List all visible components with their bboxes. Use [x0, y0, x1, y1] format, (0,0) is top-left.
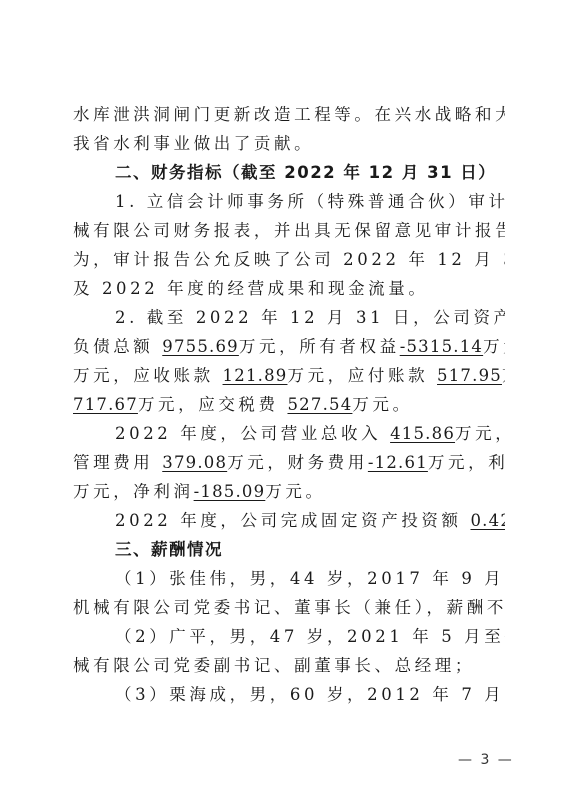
- text-segment: 2022 年度，公司完成固定资产投资额: [115, 511, 470, 530]
- section-heading-financial-indicators: 二、财务指标（截至 2022 年 12 月 31 日）: [73, 158, 505, 187]
- text-segment: 万元，存货: [483, 337, 505, 356]
- text-segment: 万元，净利润: [73, 482, 194, 501]
- accounts-payable-value: 517.95: [437, 366, 502, 385]
- text-segment: 万元，销售费用: [455, 424, 505, 443]
- person-1-line-2: 机械有限公司党委书记、董事长（兼任），薪酬不在本企业发放；: [73, 593, 505, 622]
- document-page: 水库泄洪洞闸门更新改造工程等。在兴水战略和大水网建设中为 我省水利事业做出了贡献…: [73, 100, 505, 709]
- text-segment: 负债总额: [73, 337, 162, 356]
- person-1-line-1: （1）张佳伟，男，44 岁，2017 年 9 月至今担任山西省水工: [73, 564, 505, 593]
- audit-para-line-2: 械有限公司财务报表，并出具无保留意见审计报告。审计公司认: [73, 216, 505, 245]
- text-segment: 管理费用: [73, 453, 162, 472]
- total-revenue-value: 415.86: [390, 424, 455, 443]
- audit-para-line-4: 及 2022 年度的经营成果和现金流量。: [73, 274, 505, 303]
- net-profit-value: -185.09: [194, 482, 266, 501]
- balance-para-line-3: 万元，应收账款 121.89万元，应付账款 517.95万元，固定资产: [73, 361, 505, 390]
- total-liabilities-value: 9755.69: [162, 337, 239, 356]
- person-2-line-2: 械有限公司党委副书记、副董事长、总经理；: [73, 651, 505, 680]
- income-para-line-2: 管理费用 379.08万元，财务费用-12.61万元，利润总额-185.09: [73, 448, 505, 477]
- text-segment: 万元，应付账款: [287, 366, 437, 385]
- audit-para-line-1: 1. 立信会计师事务所（特殊普通合伙）审计了山西省水工机: [73, 187, 505, 216]
- intro-line-1: 水库泄洪洞闸门更新改造工程等。在兴水战略和大水网建设中为: [73, 100, 505, 129]
- text-segment: 万元，所有者权益: [239, 337, 400, 356]
- financial-expenses-value: -12.61: [368, 453, 428, 472]
- text-segment: 万元，应交税费: [138, 395, 288, 414]
- page-number: — 3 —: [458, 752, 514, 768]
- fixed-assets-value: 717.67: [73, 395, 138, 414]
- text-segment: 万元。: [265, 482, 325, 501]
- investment-para-line-1: 2022 年度，公司完成固定资产投资额 0.42万元。: [73, 506, 505, 535]
- accounts-receivable-value: 121.89: [223, 366, 288, 385]
- balance-para-line-2: 负债总额 9755.69万元，所有者权益-5315.14万元，存货 545.68: [73, 332, 505, 361]
- text-segment: 2022 年度，公司营业总收入: [115, 424, 390, 443]
- person-2-line-1: （2）广平，男，47 岁，2021 年 5 月至今担任山西省水工机: [73, 622, 505, 651]
- taxes-payable-value: 527.54: [287, 395, 352, 414]
- owners-equity-value: -5315.14: [400, 337, 483, 356]
- text-segment: 万元，应收账款: [73, 366, 223, 385]
- intro-line-2: 我省水利事业做出了贡献。: [73, 129, 505, 158]
- text-segment: 万元。: [352, 395, 412, 414]
- section-heading-compensation: 三、薪酬情况: [73, 535, 505, 564]
- text-segment: 万元，财务费用: [227, 453, 368, 472]
- balance-para-line-4: 717.67万元，应交税费 527.54万元。: [73, 390, 505, 419]
- income-para-line-1: 2022 年度，公司营业总收入 415.86万元，销售费用 0万元，: [73, 419, 505, 448]
- audit-para-line-3: 为，审计报告公允反映了公司 2022 年 12 月 31 日的财务状况以: [73, 245, 505, 274]
- text-segment: 万元，固定资产: [502, 366, 505, 385]
- income-para-line-3: 万元，净利润-185.09万元。: [73, 477, 505, 506]
- text-segment: 万元，利润总额: [428, 453, 505, 472]
- text-segment: 2. 截至 2022 年 12 月 31 日，公司资产总额: [115, 308, 505, 327]
- person-3-line-1: （3）栗海成，男，60 岁，2012 年 7 月-2022 年 6 月担任山: [73, 680, 505, 709]
- admin-expenses-value: 379.08: [162, 453, 227, 472]
- fixed-asset-investment-value: 0.42: [470, 511, 505, 530]
- balance-para-line-1: 2. 截至 2022 年 12 月 31 日，公司资产总额 4440.56万元，: [73, 303, 505, 332]
